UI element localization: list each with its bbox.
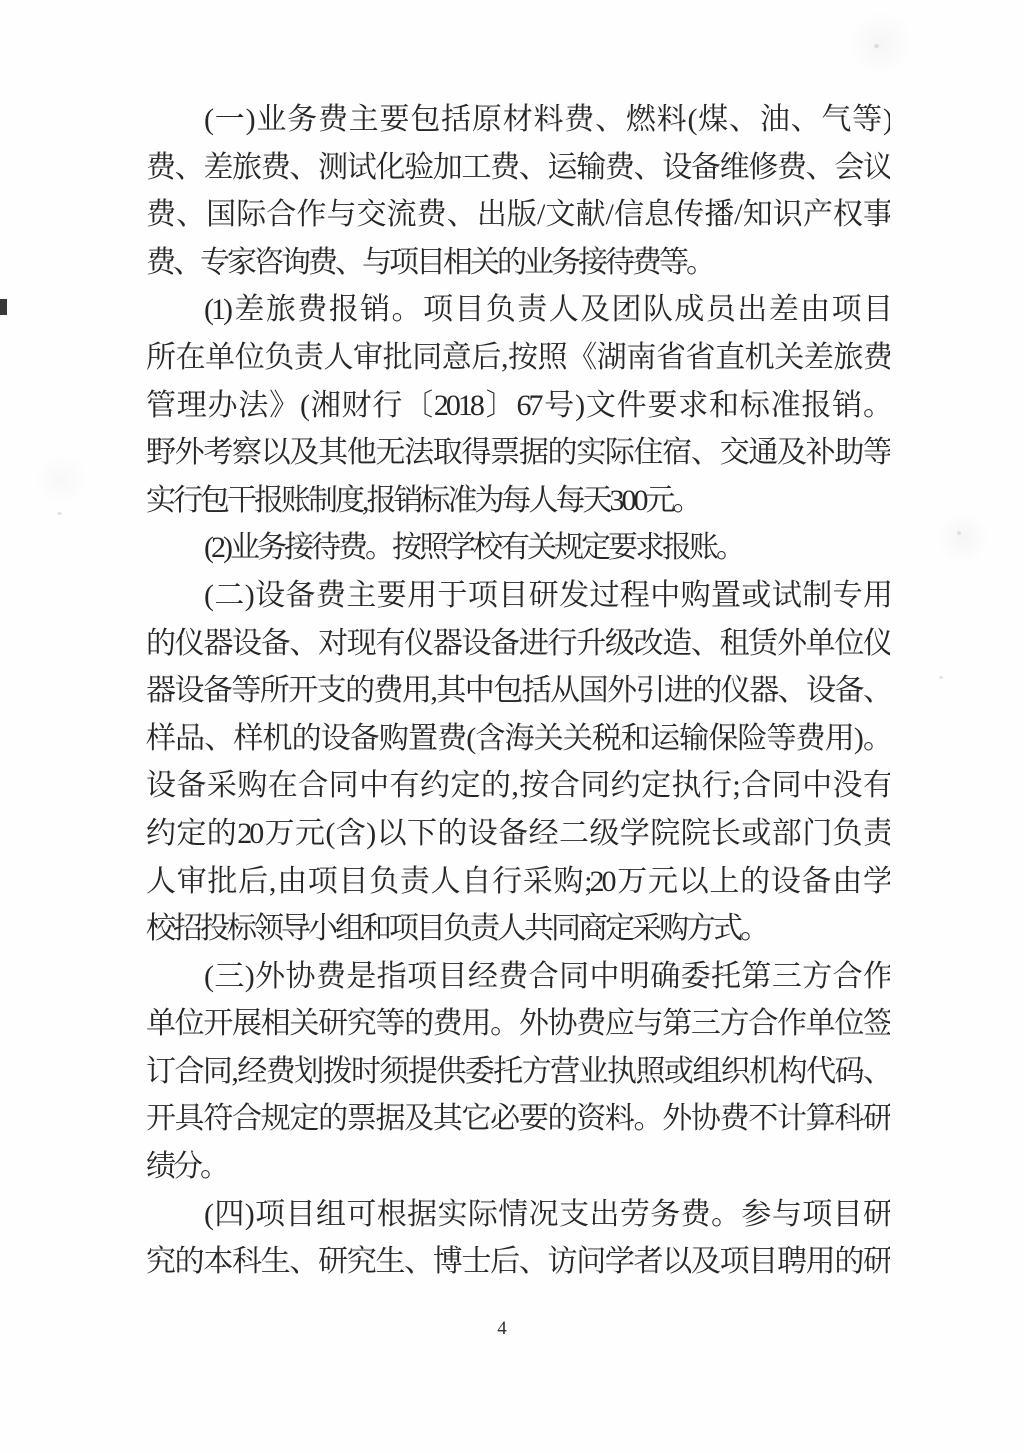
text-line: 绩分。 (146, 1143, 890, 1191)
text-line: 费、国际合作与交流费、出版/文献/信息传播/知识产权事 (146, 191, 890, 239)
text-line: (一)业务费主要包括原材料费、燃料(煤、油、气等) (146, 96, 890, 144)
text-line: (1)差旅费报销。项目负责人及团队成员出差由项目 (146, 286, 890, 334)
text-line: 设备采购在合同中有约定的,按合同约定执行;合同中没有 (146, 762, 890, 810)
text-line: 约定的20万元(含)以下的设备经二级学院院长或部门负责 (146, 810, 890, 858)
text-line: (2)业务接待费。按照学校有关规定要求报账。 (146, 524, 890, 572)
paragraph: (三)外协费是指项目经费合同中明确委托第三方合作 单位开展相关研究等的费用。外协… (146, 953, 890, 1191)
text-line: 订合同,经费划拨时须提供委托方营业执照或组织机构代码、 (146, 1048, 890, 1096)
paragraph: (四)项目组可根据实际情况支出劳务费。参与项目研 究的本科生、研究生、博士后、访… (146, 1191, 890, 1286)
scanned-document-page: (一)业务费主要包括原材料费、燃料(煤、油、气等) 费、差旅费、测试化验加工费、… (0, 0, 1024, 1453)
text-line: 开具符合规定的票据及其它必要的资料。外协费不计算科研 (146, 1095, 890, 1143)
text-line: 单位开展相关研究等的费用。外协费应与第三方合作单位签 (146, 1000, 890, 1048)
scan-speck (874, 44, 879, 48)
scan-speck (957, 531, 961, 535)
text-line: 费、专家咨询费、与项目相关的业务接待费等。 (146, 239, 890, 287)
document-body-text: (一)业务费主要包括原材料费、燃料(煤、油、气等) 费、差旅费、测试化验加工费、… (146, 96, 890, 1286)
text-line: 校招投标领导小组和项目负责人共同商定采购方式。 (146, 905, 890, 953)
text-line: 究的本科生、研究生、博士后、访问学者以及项目聘用的研 (146, 1238, 890, 1286)
scan-speck (57, 512, 62, 515)
text-line: 管理办法》(湘财行〔2018〕67号)文件要求和标准报销。 (146, 382, 890, 430)
text-line: 实行包干报账制度,报销标准为每人每天300元。 (146, 477, 890, 525)
text-line: 器设备等所开支的费用,其中包括从国外引进的仪器、设备、 (146, 667, 890, 715)
text-line: (四)项目组可根据实际情况支出劳务费。参与项目研 (146, 1191, 890, 1239)
text-line: (二)设备费主要用于项目研发过程中购置或试制专用 (146, 572, 890, 620)
text-line: 费、差旅费、测试化验加工费、运输费、设备维修费、会议 (146, 144, 890, 192)
text-line: 样品、样机的设备购置费(含海关关税和运输保险等费用)。 (146, 715, 890, 763)
text-line: 所在单位负责人审批同意后,按照《湖南省省直机关差旅费 (146, 334, 890, 382)
paragraph: (二)设备费主要用于项目研发过程中购置或试制专用 的仪器设备、对现有仪器设备进行… (146, 572, 890, 953)
page-number: 4 (0, 1318, 1004, 1340)
text-line: 人审批后,由项目负责人自行采购;20万元以上的设备由学 (146, 858, 890, 906)
text-line: 野外考察以及其他无法取得票据的实际住宿、交通及补助等 (146, 429, 890, 477)
scan-edge-artifact (0, 299, 7, 315)
text-line: 的仪器设备、对现有仪器设备进行升级改造、租赁外单位仪 (146, 620, 890, 668)
text-line: (三)外协费是指项目经费合同中明确委托第三方合作 (146, 953, 890, 1001)
paragraph: (1)差旅费报销。项目负责人及团队成员出差由项目 所在单位负责人审批同意后,按照… (146, 286, 890, 524)
paragraph: (2)业务接待费。按照学校有关规定要求报账。 (146, 524, 890, 572)
scan-speck (939, 676, 943, 679)
paragraph: (一)业务费主要包括原材料费、燃料(煤、油、气等) 费、差旅费、测试化验加工费、… (146, 96, 890, 286)
